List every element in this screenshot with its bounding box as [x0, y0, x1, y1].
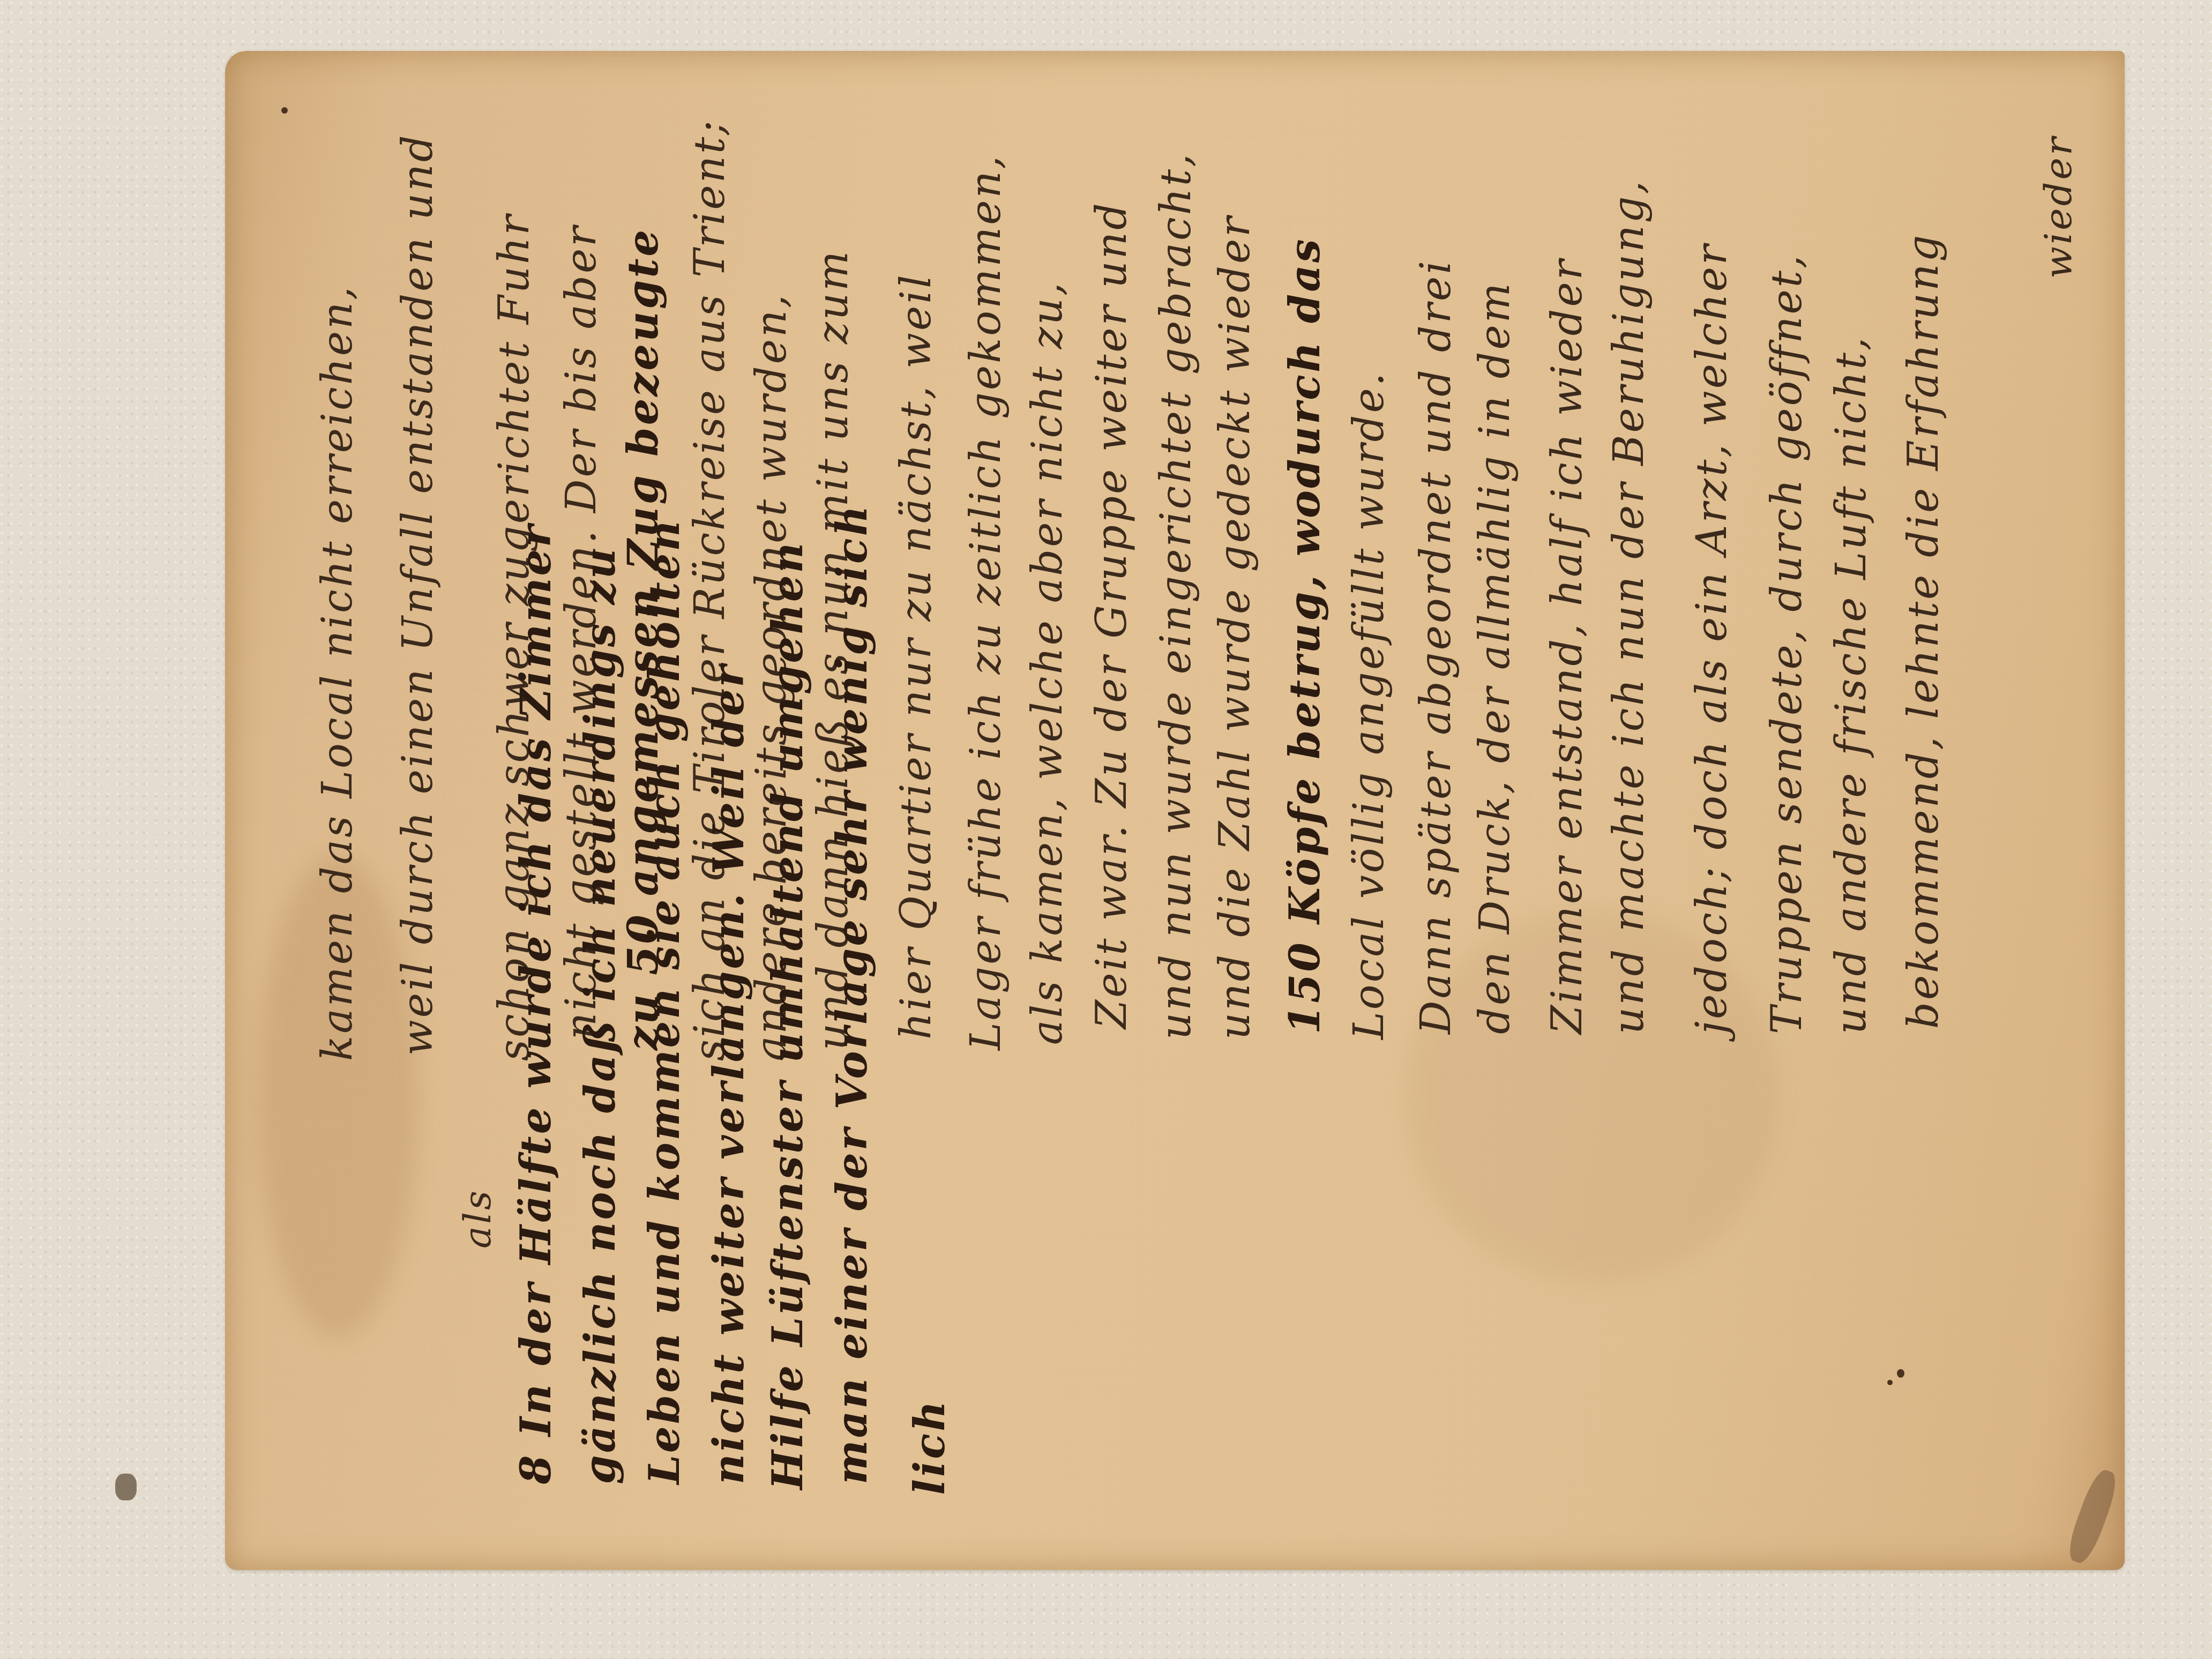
background-spot [115, 1474, 137, 1500]
text-line: und nun wurde eingerichtet gebracht, [1152, 152, 1200, 1040]
text-line: Truppen sendete, durch geöffnet, [1763, 253, 1811, 1034]
text-line: und machte ich nun der Beruhigung, [1605, 178, 1653, 1034]
text-line: Leben und kommen sie auch geholten [640, 519, 689, 1484]
text-line: Lager frühe ich zu zeitlich gekommen, [962, 154, 1010, 1050]
text-line: weil durch einen Unfall entstanden und [394, 133, 442, 1056]
text-line: und andere frische Luft nicht, [1827, 335, 1875, 1034]
text-line: jedoch; doch als ein Arzt, welcher [1688, 243, 1736, 1034]
ink-dot [281, 107, 288, 114]
text-line: Zimmer entstand, half ich wieder [1543, 258, 1591, 1034]
text-line: kamen das Local nicht erreichen, [313, 285, 362, 1061]
text-line: gänzlich noch daß ich neuerdings zu [576, 546, 625, 1484]
text-line: Zeit war. Zu der Gruppe weiter und [1088, 201, 1136, 1029]
text-line: den Druck, der allmählig in dem [1471, 281, 1519, 1034]
text-line: man einer der Vorlage sehr wenig sich [828, 504, 877, 1484]
text-line: 150 Köpfe betrug, wodurch das [1281, 237, 1329, 1034]
text-line: Local völlig angefüllt wurde. [1345, 371, 1393, 1040]
ink-dot [1897, 1369, 1904, 1378]
text-line: Hilfe Lüftenster umhaltend umgehen [764, 541, 812, 1490]
text-line: hier Quartier nur zu nächst, weil [892, 273, 940, 1040]
text-line: 8 In der Hälfte wurde ich das Zimmer [512, 523, 561, 1484]
ink-dot [1887, 1380, 1893, 1385]
text-line: als kamen, welche aber nicht zu, [1023, 280, 1072, 1045]
text-line: nicht weiter verlangen. Weil der [705, 663, 753, 1484]
catchword: wieder [2036, 136, 2080, 279]
text-line: als [455, 1189, 499, 1249]
text-line: lich [906, 1399, 954, 1495]
text-line: bekommend, lehnte die Erfahrung [1900, 233, 1948, 1029]
text-line: Dann später abgeordnet und drei [1412, 259, 1460, 1034]
text-line: und die Zahl wurde gedeckt wieder [1211, 215, 1259, 1040]
